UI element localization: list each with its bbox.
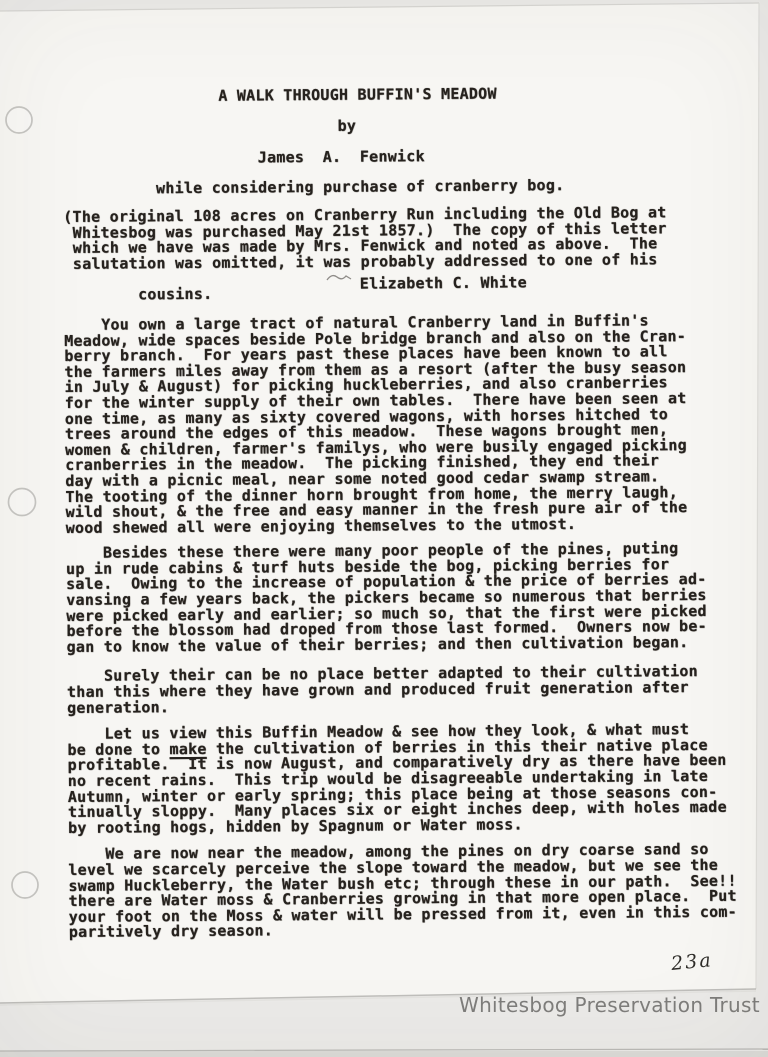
paragraph-3: Surely their can be no place better adap… <box>67 664 767 716</box>
author-name: James A. Fenwick <box>258 147 425 166</box>
paragraph-5: We are now near the meadow, among the pi… <box>68 842 768 941</box>
text-line: wood shewed all were enjoying themselves… <box>66 515 766 536</box>
paragraph-1: You own a large tract of natural Cranber… <box>64 312 766 536</box>
letter-content: A WALK THROUGH BUFFIN'S MEADOW by James … <box>0 0 768 1057</box>
byline: by <box>337 117 356 135</box>
watermark-text: Whitesbog Preservation Trust <box>459 993 760 1017</box>
paragraph-4: Let us view this Buffin Meadow & see how… <box>67 722 768 837</box>
text-line: paritively dry season. <box>69 920 768 941</box>
intro-closing: cousins. <box>138 285 212 304</box>
text-line: gan to know the value of their berries; … <box>67 634 767 655</box>
text-line: by rooting hogs, hidden by Spagnum or Wa… <box>68 815 768 836</box>
intro-note: (The original 108 acres on Cranberry Run… <box>63 204 764 287</box>
subtitle: while considering purchase of cranberry … <box>156 176 564 197</box>
page-number-handwritten: 23a <box>670 949 713 975</box>
document-title: A WALK THROUGH BUFFIN'S MEADOW <box>218 85 497 105</box>
letter-body: (The original 108 acres on Cranberry Run… <box>63 204 768 940</box>
paragraph-2: Besides these there were many poor peopl… <box>66 541 767 656</box>
scanned-letter-page: { "doc": { "title": "A WALK THROUGH BUFF… <box>0 0 768 1057</box>
attribution-name: Elizabeth C. White <box>360 276 527 293</box>
